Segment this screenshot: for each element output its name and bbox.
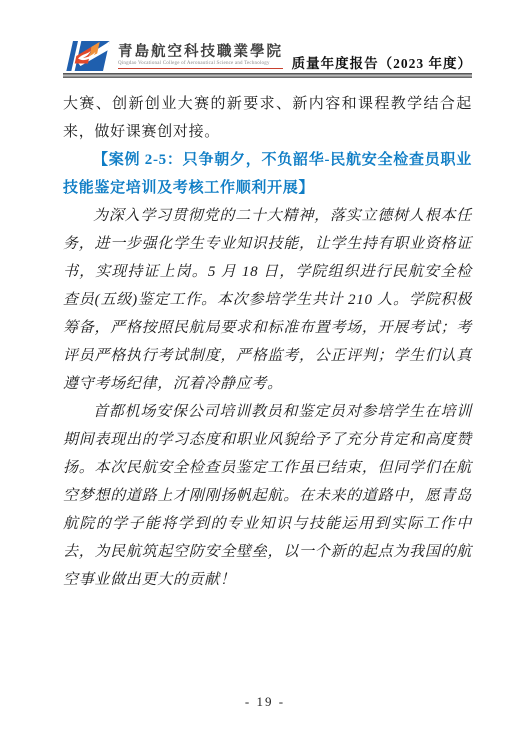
body-paragraph: 为深入学习贯彻党的二十大精神，落实立德树人根本任务，进一步强化学生专业知识技能，… (63, 202, 472, 398)
college-name-en: Qingdao Vocational College of Aeronautic… (118, 61, 283, 69)
page-footer: - 19 - (0, 693, 530, 711)
document-page: 青島航空科技職業學院 Qingdao Vocational College of… (0, 0, 530, 750)
college-logo-icon (63, 38, 113, 74)
case-heading: 【案例 2-5：只争朝夕，不负韶华-民航安全检查员职业技能鉴定培训及考核工作顺利… (63, 146, 472, 202)
continuation-paragraph: 大赛、创新创业大赛的新要求、新内容和课程教学结合起来，做好课赛创对接。 (63, 90, 472, 146)
college-logo-text: 青島航空科技職業學院 Qingdao Vocational College of… (118, 43, 283, 69)
body-paragraph: 首都机场安保公司培训教员和鉴定员对参培学生在培训期间表现出的学习态度和职业风貌给… (63, 398, 472, 594)
college-logo: 青島航空科技職業學院 Qingdao Vocational College of… (63, 38, 283, 74)
page-header: 青島航空科技職業學院 Qingdao Vocational College of… (63, 38, 472, 74)
report-title: 质量年度报告（2023 年度） (292, 52, 472, 74)
college-name-cn: 青島航空科技職業學院 (118, 43, 283, 61)
document-body: 大赛、创新创业大赛的新要求、新内容和课程教学结合起来，做好课赛创对接。 【案例 … (63, 90, 472, 594)
page-number: - 19 - (245, 694, 285, 709)
header-divider (63, 73, 472, 78)
